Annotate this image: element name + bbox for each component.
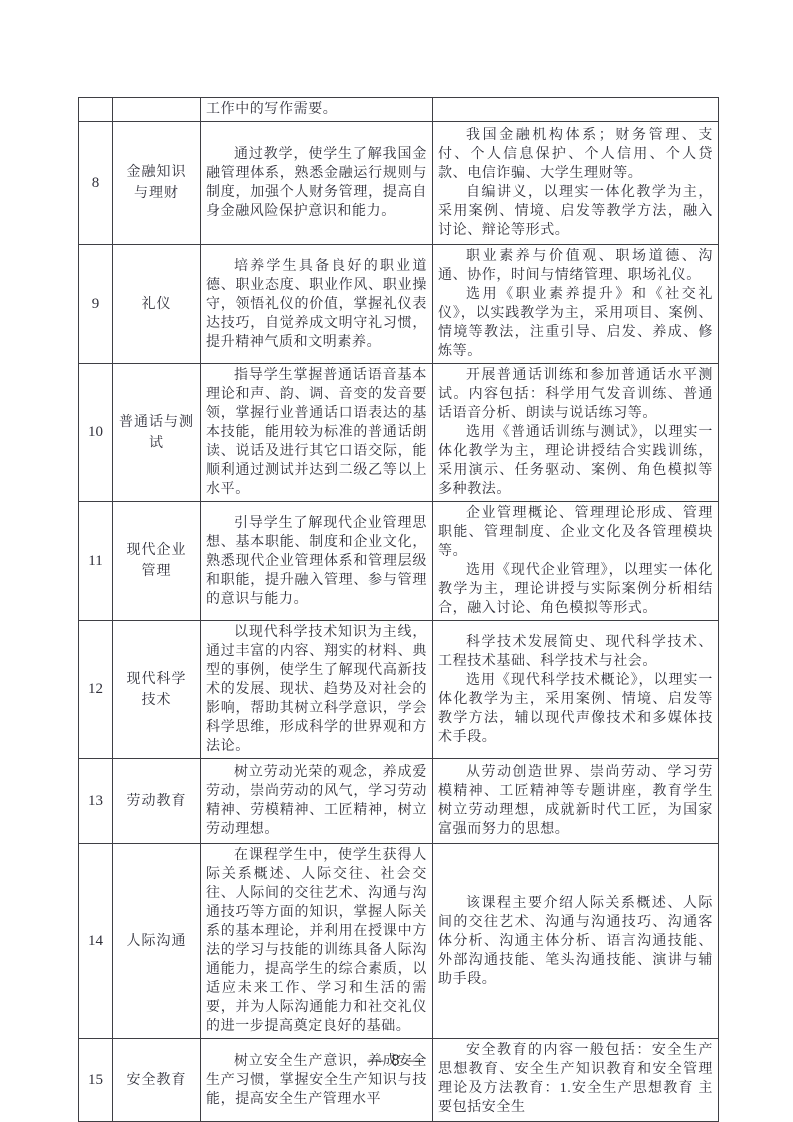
objective-text: 引导学生了解现代企业管理思想、基本职能、制度和企业文化，熟悉现代企业管理体系和管… xyxy=(206,514,427,609)
table-row-continuation: 工作中的写作需要。 xyxy=(79,98,719,122)
table-row: 13 劳动教育 树立劳动光荣的观念，养成爱劳动，崇尚劳动的风气，学习劳动精神、劳… xyxy=(79,759,719,844)
course-name: 安全教育 xyxy=(113,1039,201,1122)
course-content: 开展普通话训练和参加普通话水平测试。内容包括：科学用气发音训练、普通话语音分析、… xyxy=(433,364,719,502)
course-content xyxy=(433,98,719,122)
course-objective: 树立安全生产意识，养成安全生产习惯，掌握安全生产知识与技能，提高安全生产管理水平 xyxy=(201,1039,433,1122)
content-paragraph: 自编讲义，以理实一体化教学为主，采用案例、情境、启发等教学方法，融入讨论、辩论等… xyxy=(438,183,713,240)
course-name xyxy=(113,98,201,122)
table-row: 10 普通话与测 试 指导学生掌握普通话语音基本理论和声、韵、调、音变的发音要领… xyxy=(79,364,719,502)
page-number: — 8 — xyxy=(368,1052,426,1069)
table-row: 14 人际沟通 在课程学生中，使学生获得人际关系概述、人际交往、社会交往、人际间… xyxy=(79,844,719,1039)
table-row: 9 礼仪 培养学生具备良好的职业道德、职业态度、职业作风、职业操守，领悟礼仪的价… xyxy=(79,245,719,364)
course-content: 该课程主要介绍人际关系概述、人际间的交往艺术、沟通与沟通技巧、沟通客体分析、沟通… xyxy=(433,844,719,1039)
course-name: 人际沟通 xyxy=(113,844,201,1039)
course-name: 礼仪 xyxy=(113,245,201,364)
row-number: 13 xyxy=(79,759,113,844)
table-row: 11 现代企业 管理 引导学生了解现代企业管理思想、基本职能、制度和企业文化，熟… xyxy=(79,502,719,621)
content-paragraph: 选用《现代企业管理》，以理实一体化教学为主，理论讲授与实际案例分析相结合，融入讨… xyxy=(438,561,713,618)
content-paragraph: 选用《现代科学技术概论》，以理实一体化教学为主，采用案例、情境、启发等教学方法，… xyxy=(438,671,713,747)
row-number: 10 xyxy=(79,364,113,502)
objective-text: 通过教学，使学生了解我国金融管理体系，熟悉金融运行规则与制度，加强个人财务管理，… xyxy=(206,145,427,221)
content-paragraph: 科学技术发展简史、现代科学技术、工程技术基础、科学技术与社会。 xyxy=(438,633,713,671)
course-objective: 树立劳动光荣的观念，养成爱劳动，崇尚劳动的风气，学习劳动精神、劳模精神、工匠精神… xyxy=(201,759,433,844)
content-paragraph: 开展普通话训练和参加普通话水平测试。内容包括：科学用气发音训练、普通话语音分析、… xyxy=(438,366,713,423)
course-name: 现代科学 技术 xyxy=(113,621,201,759)
course-content: 企业管理概论、管理理论形成、管理职能、管理制度、企业文化及各管理模块等。 选用《… xyxy=(433,502,719,621)
course-content: 从劳动创造世界、崇尚劳动、学习劳模精神、工匠精神等专题讲座，教育学生树立劳动理想… xyxy=(433,759,719,844)
content-paragraph: 该课程主要介绍人际关系概述、人际间的交往艺术、沟通与沟通技巧、沟通客体分析、沟通… xyxy=(438,894,713,989)
course-content: 职业素养与价值观、职场道德、沟通、协作，时间与情绪管理、职场礼仪。 选用《职业素… xyxy=(433,245,719,364)
course-content: 我国金融机构体系；财务管理、支付、个人信息保护、个人信用、个人贷款、电信诈骗、大… xyxy=(433,122,719,245)
course-table: 工作中的写作需要。 8 金融知识 与理财 通过教学，使学生了解我国金融管理体系，… xyxy=(78,97,719,1122)
course-objective: 培养学生具备良好的职业道德、职业态度、职业作风、职业操守，领悟礼仪的价值，掌握礼… xyxy=(201,245,433,364)
table-row: 12 现代科学 技术 以现代科学技术知识为主线，通过丰富的内容、翔实的材料、典型… xyxy=(79,621,719,759)
row-number: 11 xyxy=(79,502,113,621)
objective-text: 在课程学生中，使学生获得人际关系概述、人际交往、社会交往、人际间的交往艺术、沟通… xyxy=(206,846,427,1036)
row-number: 9 xyxy=(79,245,113,364)
course-objective: 在课程学生中，使学生获得人际关系概述、人际交往、社会交往、人际间的交往艺术、沟通… xyxy=(201,844,433,1039)
content-paragraph: 从劳动创造世界、崇尚劳动、学习劳模精神、工匠精神等专题讲座，教育学生树立劳动理想… xyxy=(438,763,713,839)
page-footer: — 8 — xyxy=(0,1052,793,1070)
row-number: 8 xyxy=(79,122,113,245)
table-row: 8 金融知识 与理财 通过教学，使学生了解我国金融管理体系，熟悉金融运行规则与制… xyxy=(79,122,719,245)
content-paragraph: 我国金融机构体系；财务管理、支付、个人信息保护、个人信用、个人贷款、电信诈骗、大… xyxy=(438,126,713,183)
course-objective: 指导学生掌握普通话语音基本理论和声、韵、调、音变的发音要领，掌握行业普通话口语表… xyxy=(201,364,433,502)
course-name: 劳动教育 xyxy=(113,759,201,844)
content-paragraph: 选用《职业素养提升》和《社交礼仪》，以实践教学为主，采用项目、案例、情境等教法，… xyxy=(438,285,713,361)
objective-text: 树立劳动光荣的观念，养成爱劳动，崇尚劳动的风气，学习劳动精神、劳模精神、工匠精神… xyxy=(206,763,427,839)
course-objective: 工作中的写作需要。 xyxy=(201,98,433,122)
row-number: 12 xyxy=(79,621,113,759)
course-objective: 通过教学，使学生了解我国金融管理体系，熟悉金融运行规则与制度，加强个人财务管理，… xyxy=(201,122,433,245)
objective-text: 工作中的写作需要。 xyxy=(206,100,427,119)
course-objective: 以现代科学技术知识为主线，通过丰富的内容、翔实的材料、典型的事例，使学生了解现代… xyxy=(201,621,433,759)
course-content: 科学技术发展简史、现代科学技术、工程技术基础、科学技术与社会。 选用《现代科学技… xyxy=(433,621,719,759)
content-paragraph: 选用《普通话训练与测试》，以理实一体化教学为主，理论讲授结合实践训练，采用演示、… xyxy=(438,423,713,499)
course-name: 金融知识 与理财 xyxy=(113,122,201,245)
course-name: 普通话与测 试 xyxy=(113,364,201,502)
course-objective: 引导学生了解现代企业管理思想、基本职能、制度和企业文化，熟悉现代企业管理体系和管… xyxy=(201,502,433,621)
objective-text: 指导学生掌握普通话语音基本理论和声、韵、调、音变的发音要领，掌握行业普通话口语表… xyxy=(206,366,427,499)
row-number: 14 xyxy=(79,844,113,1039)
table-row: 15 安全教育 树立安全生产意识，养成安全生产习惯，掌握安全生产知识与技能，提高… xyxy=(79,1039,719,1122)
row-number: 15 xyxy=(79,1039,113,1122)
row-number xyxy=(79,98,113,122)
content-paragraph: 企业管理概论、管理理论形成、管理职能、管理制度、企业文化及各管理模块等。 xyxy=(438,504,713,561)
objective-text: 培养学生具备良好的职业道德、职业态度、职业作风、职业操守，领悟礼仪的价值，掌握礼… xyxy=(206,257,427,352)
course-content: 安全教育的内容一般包括：安全生产思想教育、安全生产知识教育和安全管理理论及方法教… xyxy=(433,1039,719,1122)
course-name: 现代企业 管理 xyxy=(113,502,201,621)
objective-text: 以现代科学技术知识为主线，通过丰富的内容、翔实的材料、典型的事例，使学生了解现代… xyxy=(206,623,427,756)
content-paragraph: 职业素养与价值观、职场道德、沟通、协作，时间与情绪管理、职场礼仪。 xyxy=(438,247,713,285)
